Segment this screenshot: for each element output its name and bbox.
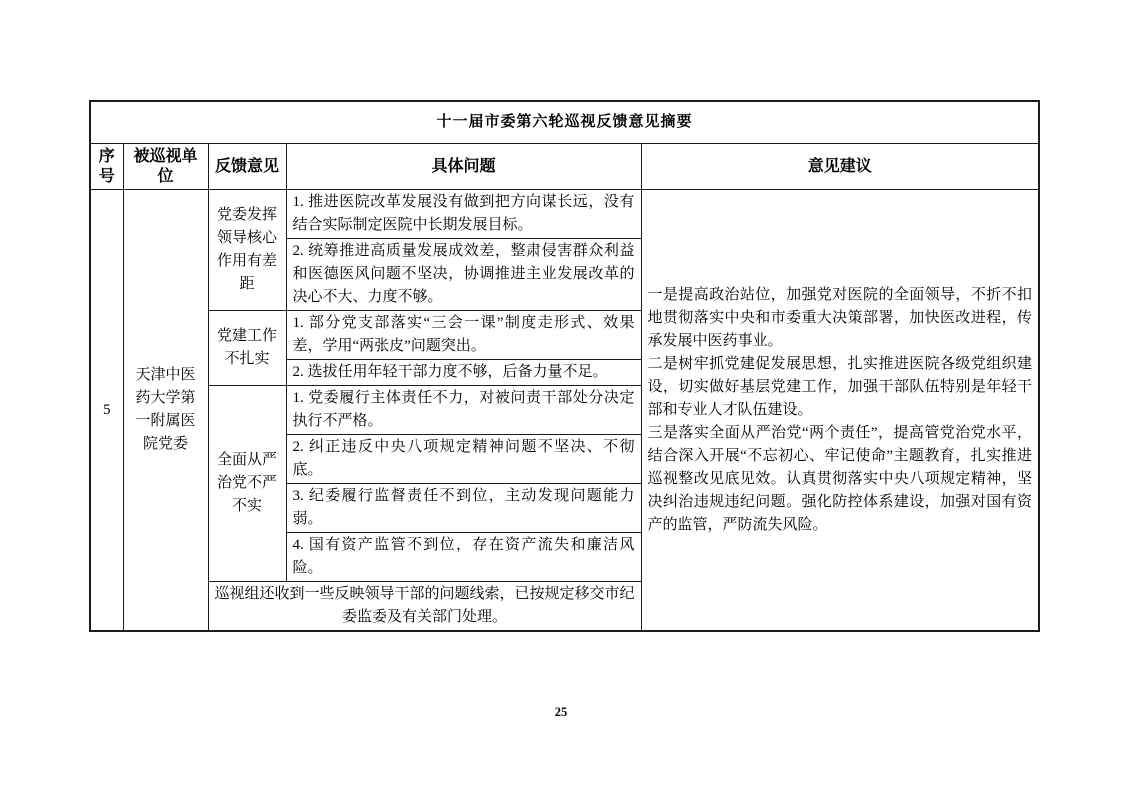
table-row: 5 天津中医药大学第一附属医院党委 党委发挥领导核心作用有差距 1. 推进医院改…: [90, 190, 1039, 239]
title-row: 十一届市委第六轮巡视反馈意见摘要: [90, 101, 1039, 144]
col-header-seq: 序号: [90, 144, 123, 190]
seq-cell: 5: [90, 190, 123, 632]
problem-cell: 1. 部分党支部落实“三会一课”制度走形式、效果差，学用“两张皮”问题突出。: [286, 311, 641, 360]
col-header-advice: 意见建议: [641, 144, 1039, 190]
document-page: 十一届市委第六轮巡视反馈意见摘要 序号 被巡视单位 反馈意见 具体问题 意见建议…: [0, 0, 1122, 793]
col-header-unit: 被巡视单位: [123, 144, 208, 190]
advice-paragraph-3: 三是落实全面从严治党“两个责任”，提高管党治党水平，结合深入开展“不忘初心、牢记…: [648, 422, 1033, 537]
col-header-problems: 具体问题: [286, 144, 641, 190]
advice-paragraph-1: 一是提高政治站位，加强党对医院的全面领导，不折不扣地贯彻落实中央和市委重大决策部…: [648, 284, 1033, 353]
page-number: 25: [0, 705, 1122, 720]
problem-cell: 1. 党委履行主体责任不力，对被问责干部处分决定执行不严格。: [286, 386, 641, 435]
problem-cell: 2. 纠正违反中央八项规定精神问题不坚决、不彻底。: [286, 435, 641, 484]
problem-cell: 1. 推进医院改革发展没有做到把方向谋长远，没有结合实际制定医院中长期发展目标。: [286, 190, 641, 239]
clue-note-cell: 巡视组还收到一些反映领导干部的问题线索，已按规定移交市纪委监委及有关部门处理。: [208, 582, 641, 632]
problem-cell: 4. 国有资产监管不到位，存在资产流失和廉洁风险。: [286, 533, 641, 582]
inspection-feedback-table: 十一届市委第六轮巡视反馈意见摘要 序号 被巡视单位 反馈意见 具体问题 意见建议…: [89, 100, 1040, 632]
problem-cell: 3. 纪委履行监督责任不到位，主动发现问题能力弱。: [286, 484, 641, 533]
col-header-feedback: 反馈意见: [208, 144, 286, 190]
feedback-cell-strict-governance: 全面从严治党不严不实: [208, 386, 286, 582]
header-row: 序号 被巡视单位 反馈意见 具体问题 意见建议: [90, 144, 1039, 190]
advice-cell: 一是提高政治站位，加强党对医院的全面领导，不折不扣地贯彻落实中央和市委重大决策部…: [641, 190, 1039, 632]
unit-cell: 天津中医药大学第一附属医院党委: [123, 190, 208, 632]
problem-cell: 2. 统筹推进高质量发展成效差，整肃侵害群众利益和医德医风问题不坚决，协调推进主…: [286, 239, 641, 311]
feedback-cell-party-building: 党建工作不扎实: [208, 311, 286, 386]
advice-paragraph-2: 二是树牢抓党建促发展思想，扎实推进医院各级党组织建设，切实做好基层党建工作，加强…: [648, 353, 1033, 422]
problem-cell: 2. 选拔任用年轻干部力度不够，后备力量不足。: [286, 360, 641, 386]
feedback-cell-party-leadership: 党委发挥领导核心作用有差距: [208, 190, 286, 311]
table-title: 十一届市委第六轮巡视反馈意见摘要: [90, 101, 1039, 144]
